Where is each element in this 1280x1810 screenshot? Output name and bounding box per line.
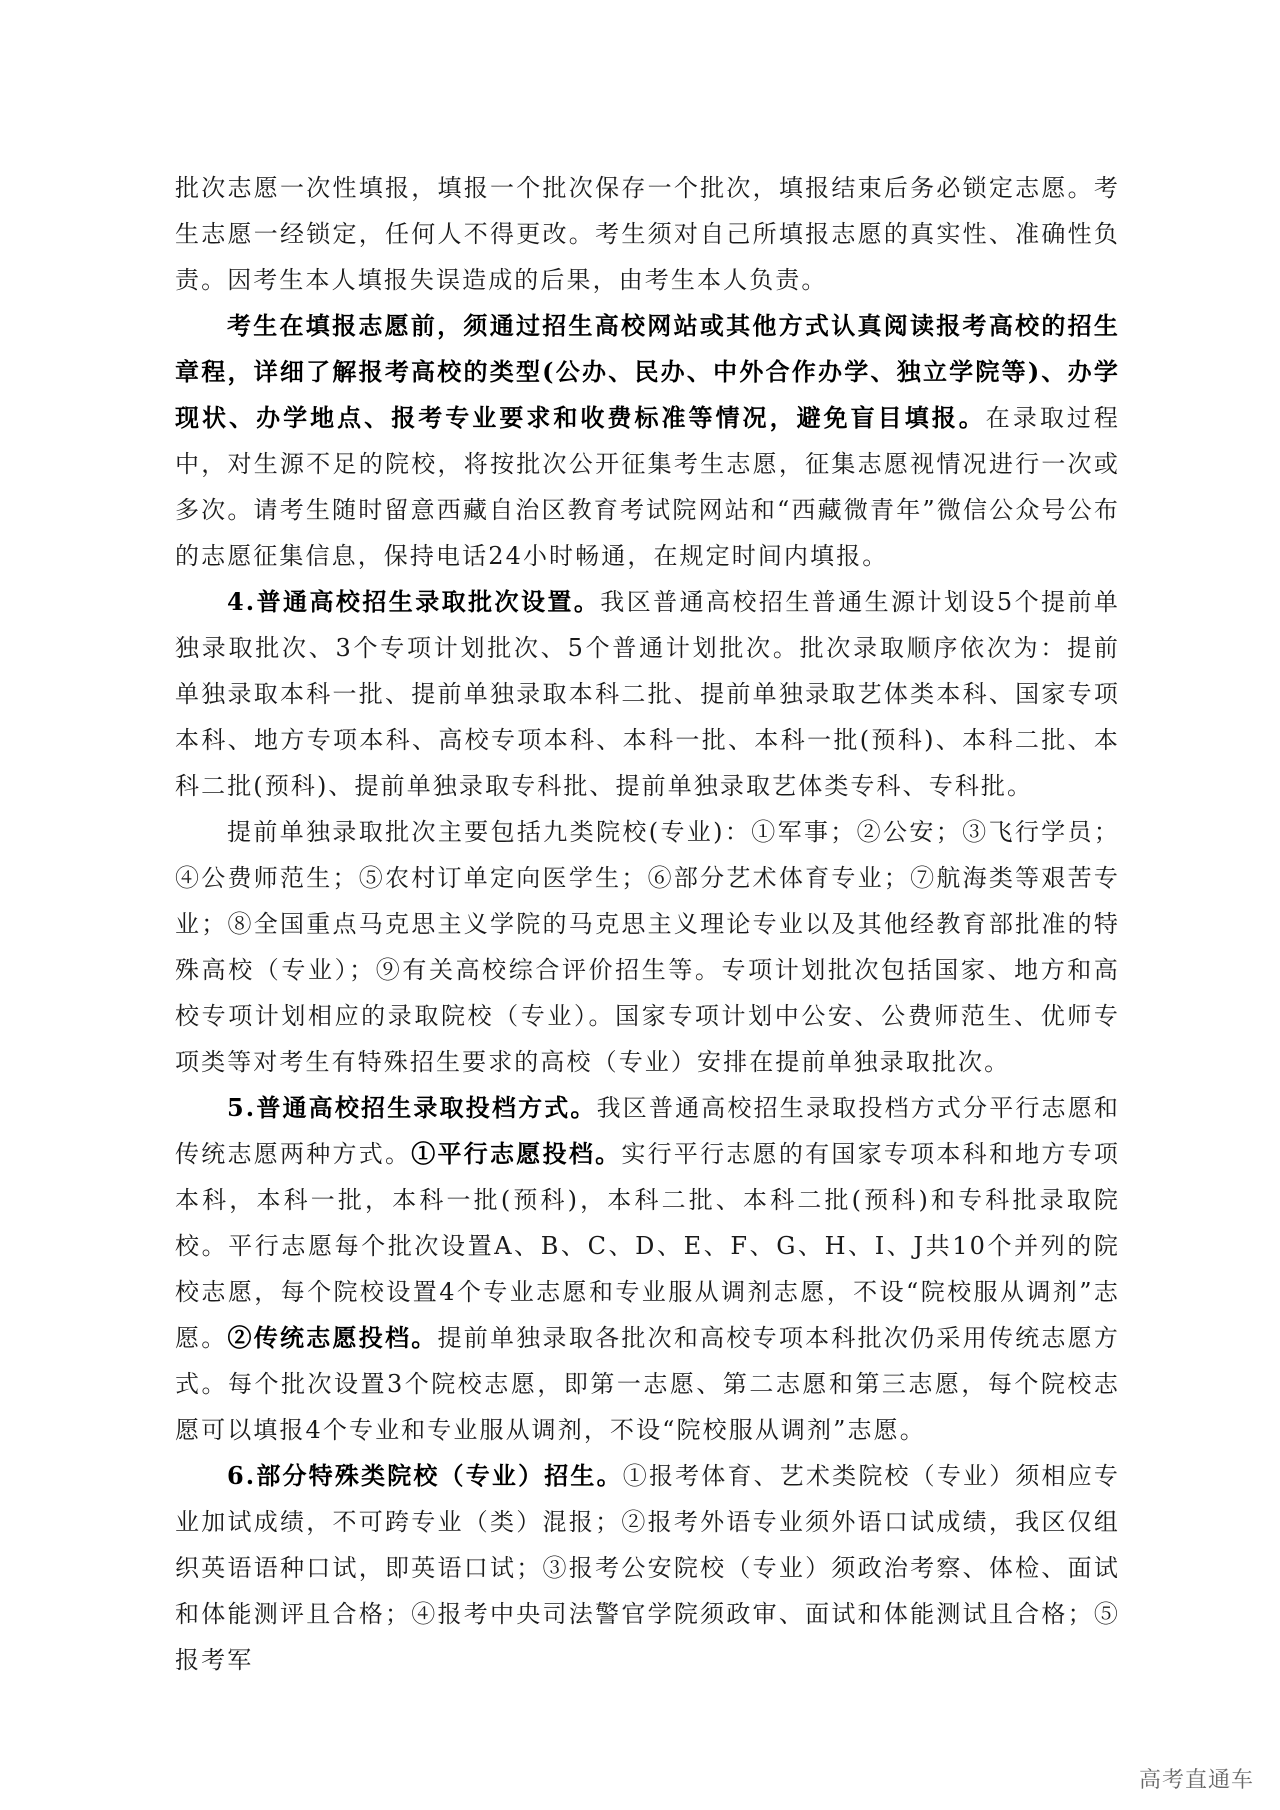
paragraph-read-charter: 考生在填报志愿前，须通过招生高校网站或其他方式认真阅读报考高校的招生章程，详细了… [175,303,1120,579]
parallel-volunteer-heading: ①平行志愿投档。 [411,1139,621,1168]
section-6-special-admission: 6.部分特殊类院校（专业）招生。①报考体育、艺术类院校（专业）须相应专业加试成绩… [175,1453,1120,1683]
document-page: 批次志愿一次性填报，填报一个批次保存一个批次，填报结束后务必锁定志愿。考生志愿一… [175,165,1120,1683]
section-5-filing-method: 5.普通高校招生录取投档方式。我区普通高校招生录取投档方式分平行志愿和传统志愿两… [175,1085,1120,1453]
watermark-label: 高考直通车 [1139,1763,1254,1794]
section-6-heading: 6.部分特殊类院校（专业）招生。 [227,1461,623,1490]
section-5-heading: 5.普通高校招生录取投档方式。 [227,1093,597,1122]
bold-notice: 考生在填报志愿前，须通过招生高校网站或其他方式认真阅读报考高校的招生章程，详细了… [175,311,1120,432]
paragraph-early-admission: 提前单独录取批次主要包括九类院校(专业)：①军事；②公安；③飞行学员；④公费师范… [175,809,1120,1085]
section-4-heading: 4.普通高校招生录取批次设置。 [227,587,600,616]
section-4-batch-settings: 4.普通高校招生录取批次设置。我区普通高校招生普通生源计划设5个提前单独录取批次… [175,579,1120,809]
traditional-volunteer-heading: ②传统志愿投档。 [228,1323,438,1352]
paragraph-volunteer-lock: 批次志愿一次性填报，填报一个批次保存一个批次，填报结束后务必锁定志愿。考生志愿一… [175,165,1120,303]
